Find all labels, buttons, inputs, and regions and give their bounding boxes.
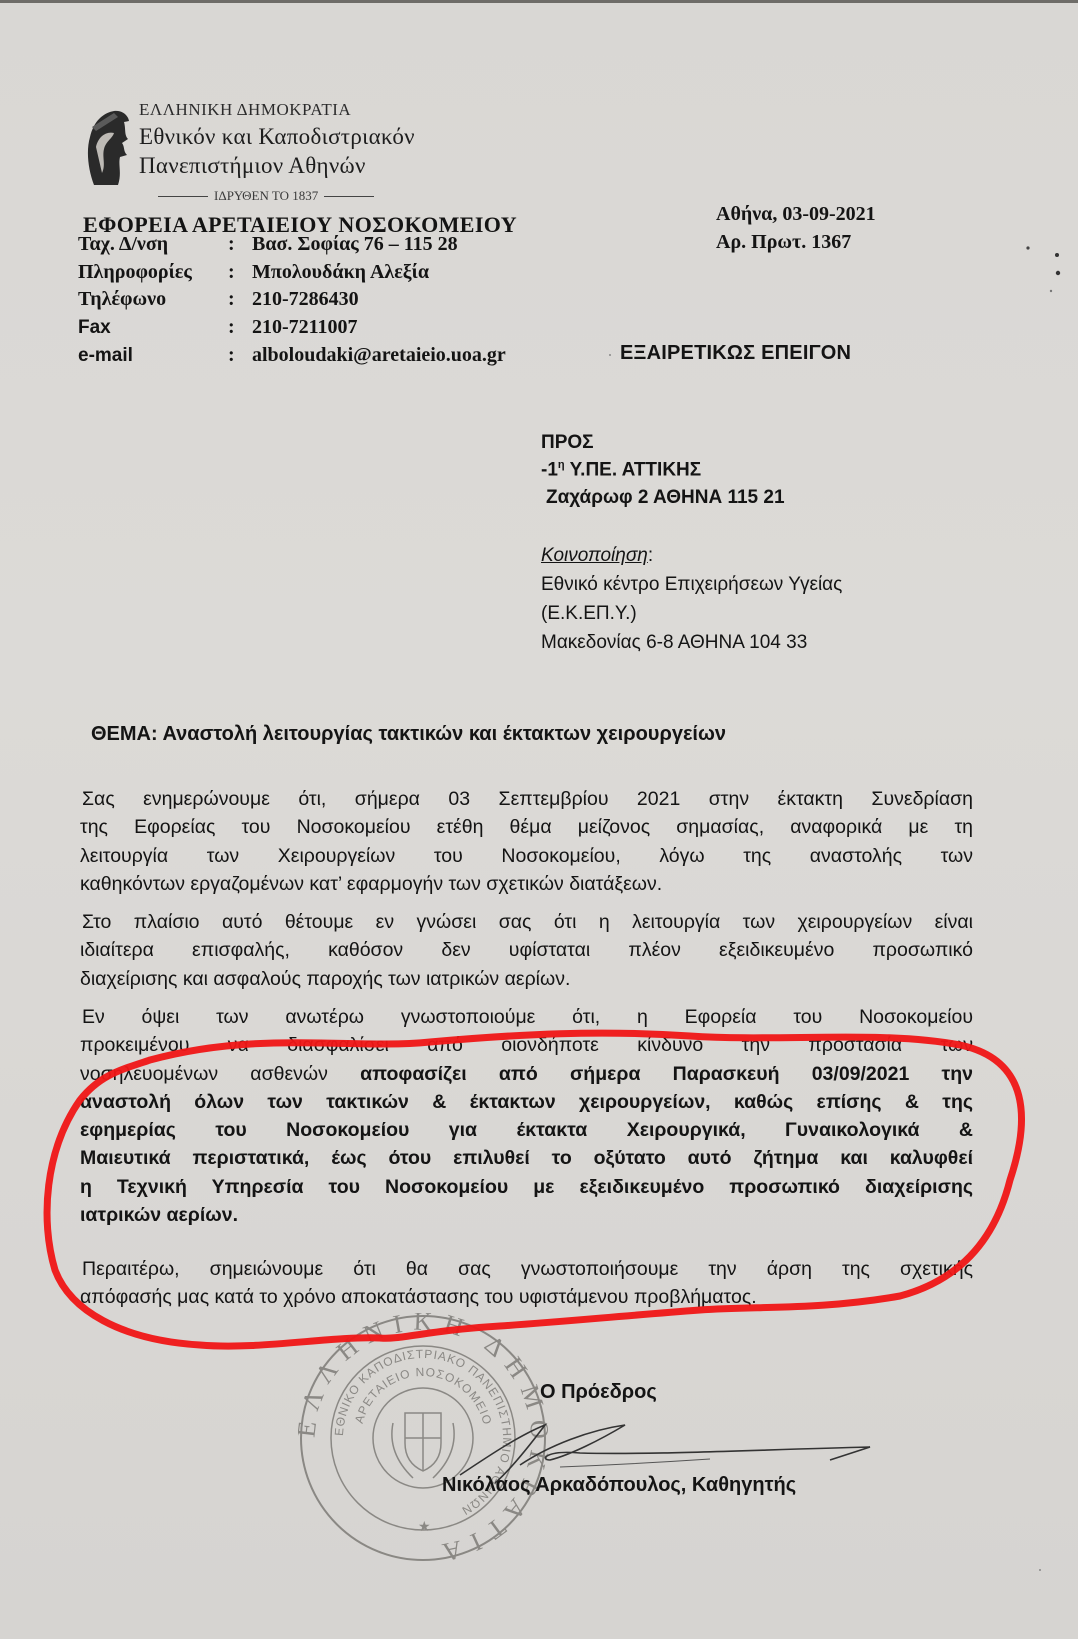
university-name-line1: Εθνικόν και Καποδιστριακόν (139, 124, 415, 150)
info-row-phone: Τηλέφωνο:210-7286430 (78, 288, 359, 311)
info-value: Μπολουδάκη Αλεξία (252, 261, 429, 283)
info-sep: : (228, 344, 252, 367)
body-line: της Εφορείας του Νοσοκομείου ετέθη θέμα … (80, 813, 973, 841)
decision-text: αποφασίζει από σήμερα Παρασκευή 03/09/20… (360, 1063, 973, 1085)
founded-text: ΙΔΡΥΘΕΝ ΤΟ 1837 (214, 188, 318, 204)
document-date: Αθήνα, 03-09-2021 (716, 203, 876, 226)
paragraph-1: Σας ενημερώνουμε ότι, σήμερα 03 Σεπτεμβρ… (80, 785, 973, 898)
cc-name: Εθνικό κέντρο Επιχειρήσεων Υγείας (541, 574, 842, 596)
body-line-mixed: νοσηλευομένων ασθενών αποφασίζει από σήμ… (80, 1060, 973, 1088)
decision-line: η Τεχνική Υπηρεσία του Νοσοκομείου με εξ… (80, 1173, 973, 1201)
to-name: Υ.ΠΕ. ΑΤΤΙΚΗΣ (565, 459, 702, 480)
body-text: νοσηλευομένων ασθενών (80, 1063, 360, 1085)
athena-head-icon (84, 107, 132, 187)
paragraph-4: Περαιτέρω, σημειώνουμε ότι θα σας γνωστο… (80, 1255, 973, 1312)
info-sep: : (228, 288, 252, 311)
info-row-email: e-mail:alboloudaki@aretaieio.uoa.gr (78, 344, 506, 367)
info-value: 210-7211007 (252, 316, 358, 338)
to-sup: η (558, 459, 565, 471)
subject-line: ΘΕΜΑ: Αναστολή λειτουργίας τακτικών και … (91, 723, 726, 746)
info-label: Πληροφορίες (78, 261, 228, 284)
to-label: ΠΡΟΣ (541, 432, 594, 454)
cc-address: Μακεδονίας 6-8 ΑΘΗΝΑ 104 33 (541, 632, 807, 654)
info-row-fax: Fax:210-7211007 (78, 316, 358, 339)
info-label: Τηλέφωνο (78, 288, 228, 311)
body-line: λειτουργία των Χειρουργείων του Νοσοκομε… (80, 842, 973, 870)
cc-abbr: (Ε.Κ.ΕΠ.Υ.) (541, 603, 637, 625)
body-line: Σας ενημερώνουμε ότι, σήμερα 03 Σεπτεμβρ… (80, 785, 973, 813)
to-prefix: -1 (541, 459, 558, 480)
body-line: ιδιαίτερα επισφαλής, καθόσον δεν υφίστατ… (80, 936, 973, 964)
info-label: e-mail (78, 345, 228, 367)
decision-line: εφημερίας του Νοσοκομείου για έκτακτα Χε… (80, 1116, 973, 1144)
signatory-title: Ο Πρόεδρος (540, 1381, 657, 1404)
divider (158, 196, 208, 197)
body-line: Περαιτέρω, σημειώνουμε ότι θα σας γνωστο… (80, 1255, 973, 1283)
decision-line: Μαιευτικά περιστατικά, έως ότου επιλυθεί… (80, 1144, 973, 1172)
info-sep: : (228, 233, 252, 256)
body-line: απόφασής μας κατά το χρόνο αποκατάστασης… (80, 1283, 973, 1311)
info-value: 210-7286430 (252, 288, 359, 310)
star-icon: ★ (418, 1520, 431, 1535)
info-row-contact-person: Πληροφορίες:Μπολουδάκη Αλεξία (78, 261, 429, 284)
info-sep: : (228, 316, 252, 339)
body-line: Στο πλαίσιο αυτό θέτουμε εν γνώσει σας ό… (80, 908, 973, 936)
founded-note: ΙΔΡΥΘΕΝ ΤΟ 1837 (158, 188, 374, 204)
cc-heading: Κοινοποίηση: (541, 545, 653, 567)
paragraph-3: Εν όψει των ανωτέρω γνωστοποιούμε ότι, η… (80, 1003, 973, 1229)
signatory-name: Νικόλαος Αρκαδόπουλος, Καθηγητής (442, 1474, 796, 1497)
body-line: διαχείρισης και ασφαλούς παροχής των ιατ… (80, 965, 973, 993)
info-sep: : (228, 261, 252, 284)
coat-of-arms-icon (392, 1413, 454, 1478)
photo-top-edge (0, 0, 1078, 3)
body-line: Εν όψει των ανωτέρω γνωστοποιούμε ότι, η… (80, 1003, 973, 1031)
to-recipient: -1η Υ.ΠΕ. ΑΤΤΙΚΗΣ (541, 459, 701, 481)
body-line: προκειμένου να διασφαλίσει από οιονδήποτ… (80, 1031, 973, 1059)
decision-line: ιατρικών αερίων. (80, 1201, 973, 1229)
to-address: Ζαχάρωφ 2 ΑΘΗΝΑ 115 21 (546, 487, 785, 509)
republic-heading: ΕΛΛΗΝΙΚΗ ΔΗΜΟΚΡΑΤΙΑ (139, 100, 351, 120)
divider (324, 196, 374, 197)
info-label: Ταχ. Δ/νση (78, 233, 228, 256)
urgency-label: ΕΞΑΙΡΕΤΙΚΩΣ ΕΠΕΙΓΟΝ (620, 342, 851, 365)
email-link: alboloudaki@aretaieio.uoa.gr (252, 344, 506, 366)
info-value: Βασ. Σοφίας 76 – 115 28 (252, 233, 458, 255)
paragraph-2: Στο πλαίσιο αυτό θέτουμε εν γνώσει σας ό… (80, 908, 973, 993)
info-row-address: Ταχ. Δ/νση:Βασ. Σοφίας 76 – 115 28 (78, 233, 458, 256)
info-label: Fax (78, 317, 228, 339)
protocol-number: Αρ. Πρωτ. 1367 (716, 231, 851, 254)
cc-colon: : (648, 545, 653, 566)
decision-line: αναστολή όλων των τακτικών & έκτακτων χε… (80, 1088, 973, 1116)
cc-label: Κοινοποίηση (541, 545, 648, 566)
body-line: καθηκόντων εργαζομένων κατ’ εφαρμογήν τω… (80, 870, 973, 898)
university-name-line2: Πανεπιστήμιον Αθηνών (139, 153, 366, 179)
